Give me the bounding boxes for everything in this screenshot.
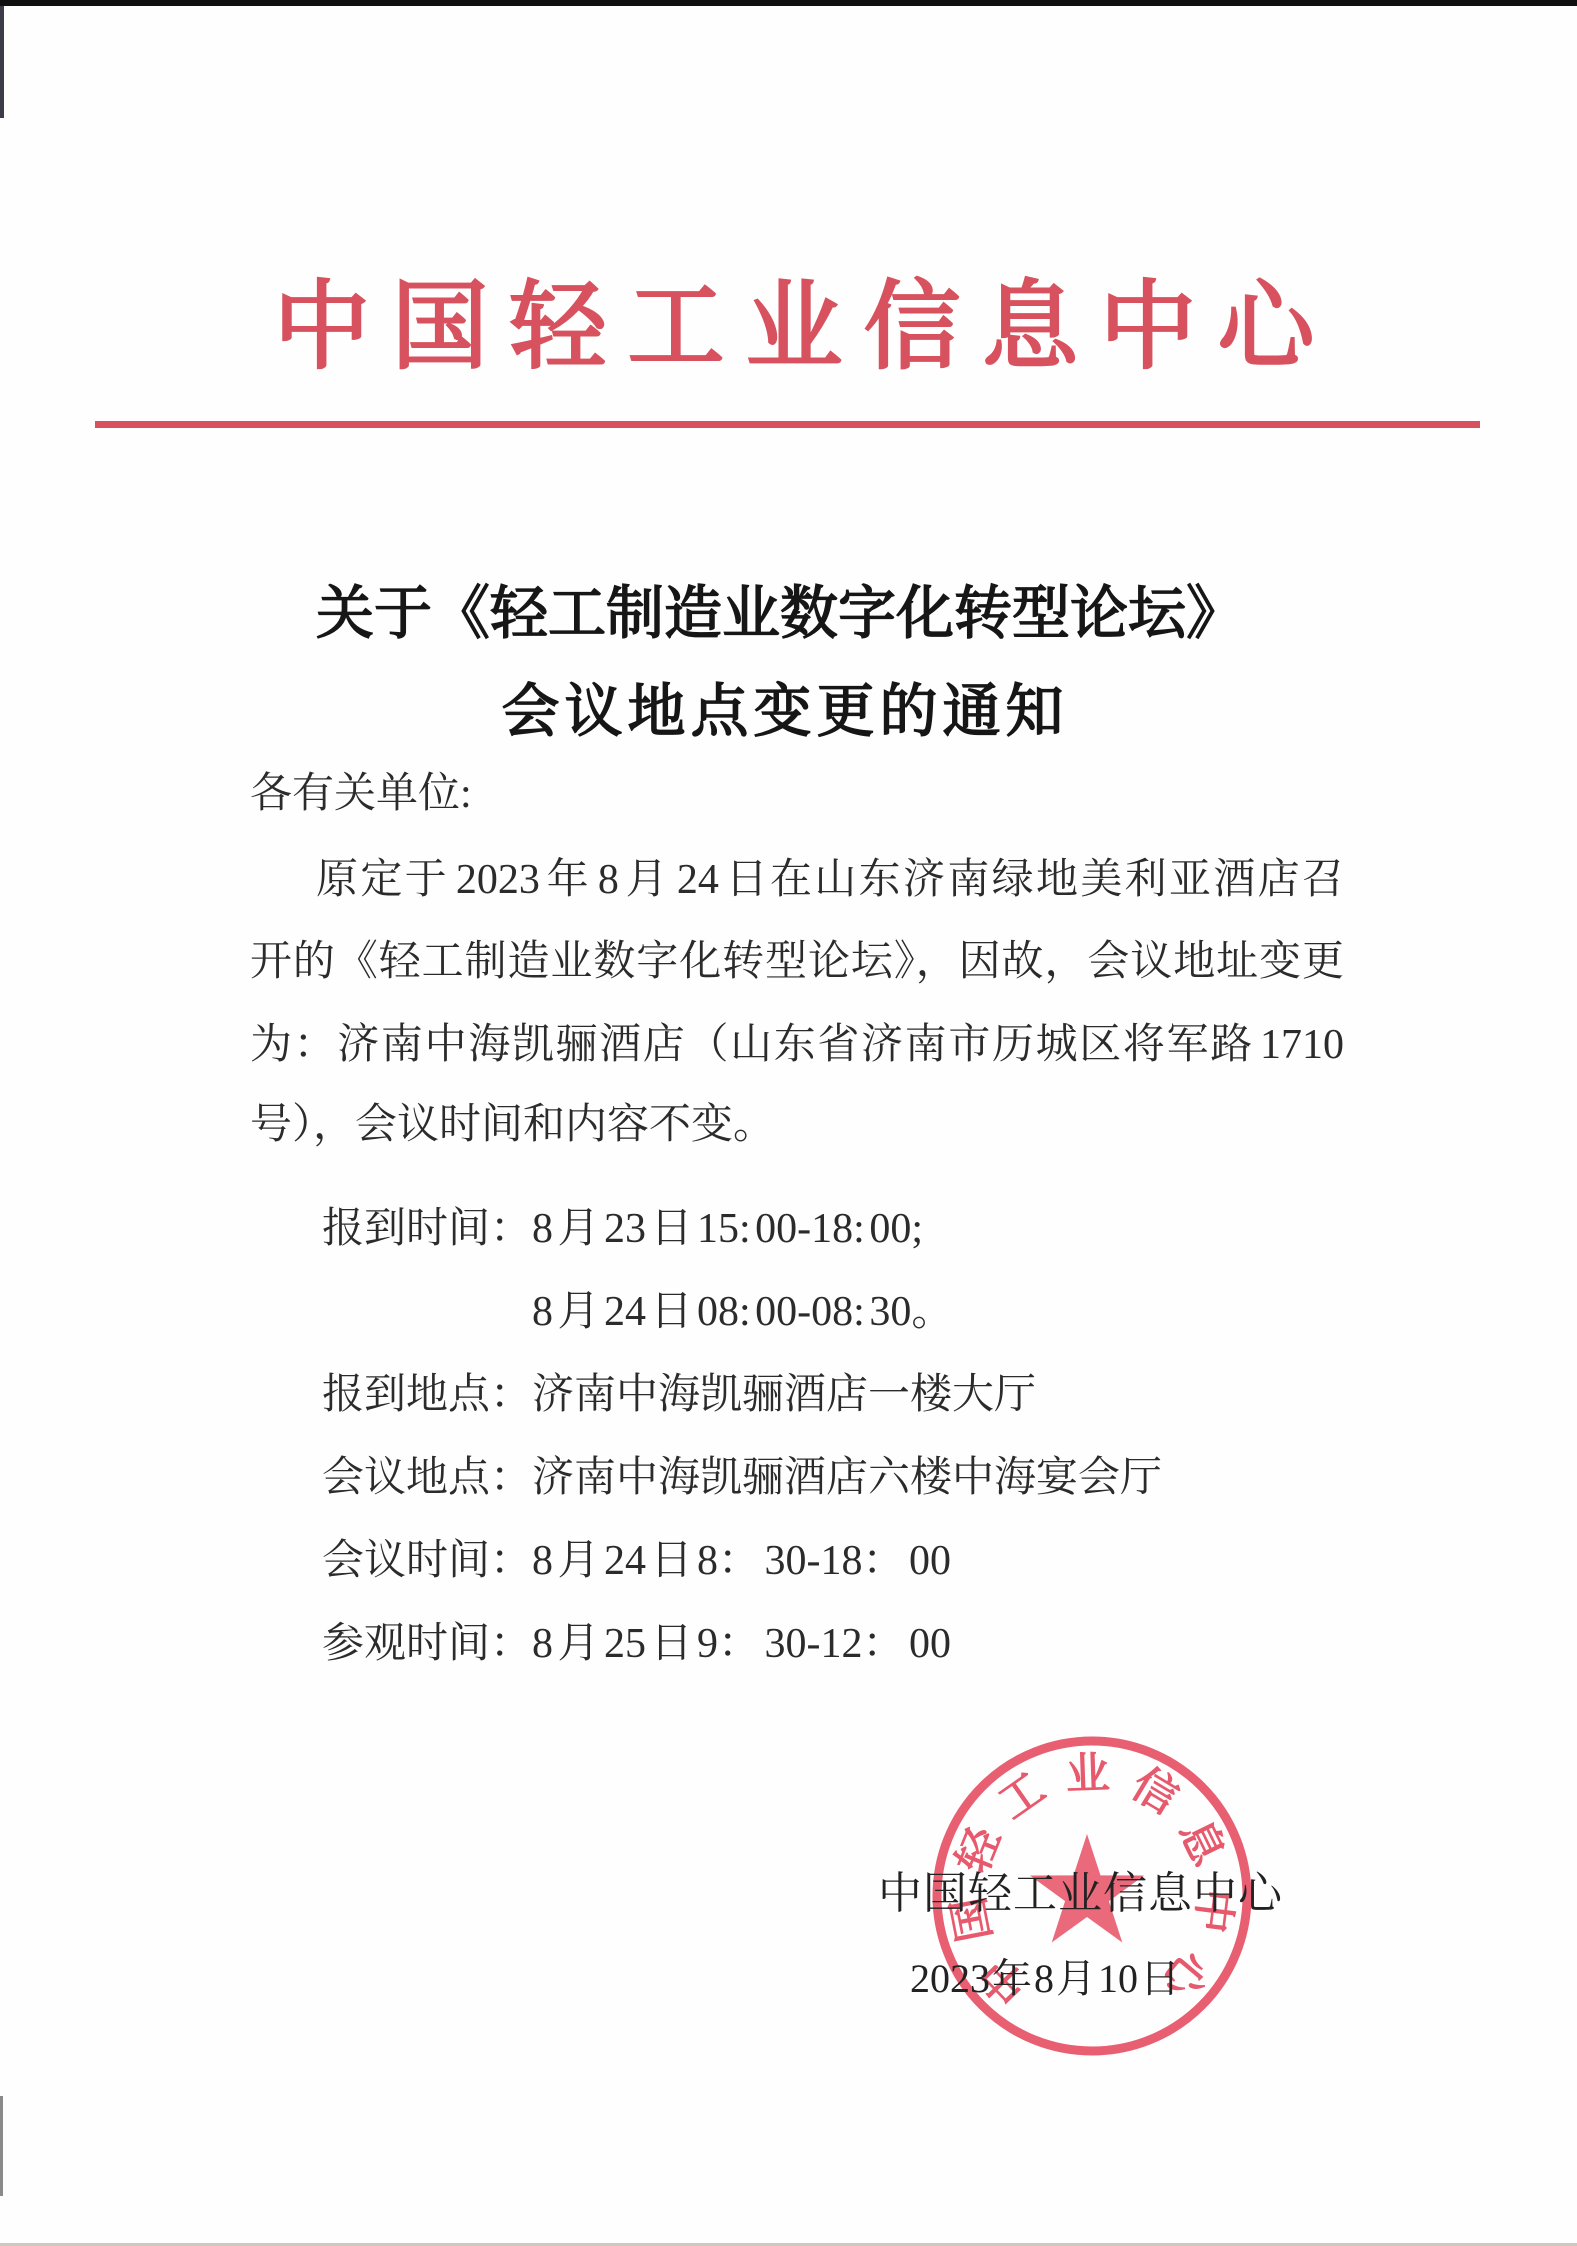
signature-org-name: 中国轻工业信息中心: [878, 1867, 1283, 1921]
notice-title-line2: 会议地点变更的通知: [0, 677, 1565, 747]
notice-title-line1: 关于《轻工制造业数字化转型论坛》: [0, 579, 1560, 649]
scan-edge-top: [0, 0, 1577, 6]
schedule-label: 会议时间：: [322, 1538, 532, 1584]
body-paragraph-line: 号），会议时间和内容不变。: [250, 1099, 775, 1151]
schedule-label: 报到地点：: [322, 1372, 532, 1418]
schedule-row-meeting-place: 会议地点：济南中海凯骊酒店六楼中海宴会厅: [322, 1452, 1162, 1504]
schedule-value: 8 月 24 日 08: 00-08: 30。: [532, 1289, 953, 1335]
schedule-label: 参观时间：: [322, 1621, 532, 1667]
seal-char: 业: [1065, 1749, 1111, 1800]
schedule-value: 济南中海凯骊酒店六楼中海宴会厅: [532, 1455, 1162, 1501]
schedule-row-checkin-time: 报到时间：8 月 23 日 15: 00-18: 00;: [322, 1203, 923, 1255]
schedule-row-meeting-time: 会议时间：8 月 24 日 8： 30-18： 00: [322, 1535, 951, 1587]
scan-edge-left-bottom: [0, 2096, 3, 2196]
schedule-label: 会议地点：: [322, 1455, 532, 1501]
scanned-notice-page: { "letterhead": { "org": "中国轻工业信息中心", "a…: [0, 0, 1577, 2246]
schedule-value: 8 月 24 日 8： 30-18： 00: [532, 1538, 951, 1584]
body-paragraph-line: 为：济南中海凯骊酒店（山东省济南市历城区将军路 1710: [250, 1019, 1344, 1071]
schedule-row-checkin-place: 报到地点：济南中海凯骊酒店一楼大厅: [322, 1369, 1036, 1421]
letterhead-rule: [95, 421, 1480, 428]
body-paragraph-line: 开的《轻工制造业数字化转型论坛》，因故，会议地址变更: [250, 936, 1344, 988]
schedule-row-visit-time: 参观时间：8 月 25 日 9： 30-12： 00: [322, 1618, 951, 1670]
letterhead-org-name: 中国轻工业信息中心: [0, 273, 1577, 383]
scan-edge-left: [0, 6, 4, 118]
schedule-value: 8 月 25 日 9： 30-12： 00: [532, 1621, 951, 1667]
body-paragraph-line: 原定于 2023 年 8 月 24 日在山东济南绿地美利亚酒店召: [316, 854, 1344, 906]
schedule-value: 8 月 23 日 15: 00-18: 00;: [532, 1206, 923, 1252]
salutation: 各有关单位:: [250, 768, 472, 820]
schedule-value: 济南中海凯骊酒店一楼大厅: [532, 1372, 1036, 1418]
schedule-label: 报到时间：: [322, 1206, 532, 1252]
signature-date: 2023 年 8 月 10 日: [910, 1954, 1180, 2004]
schedule-row-checkin-time-2: 8 月 24 日 08: 00-08: 30。: [322, 1286, 953, 1338]
